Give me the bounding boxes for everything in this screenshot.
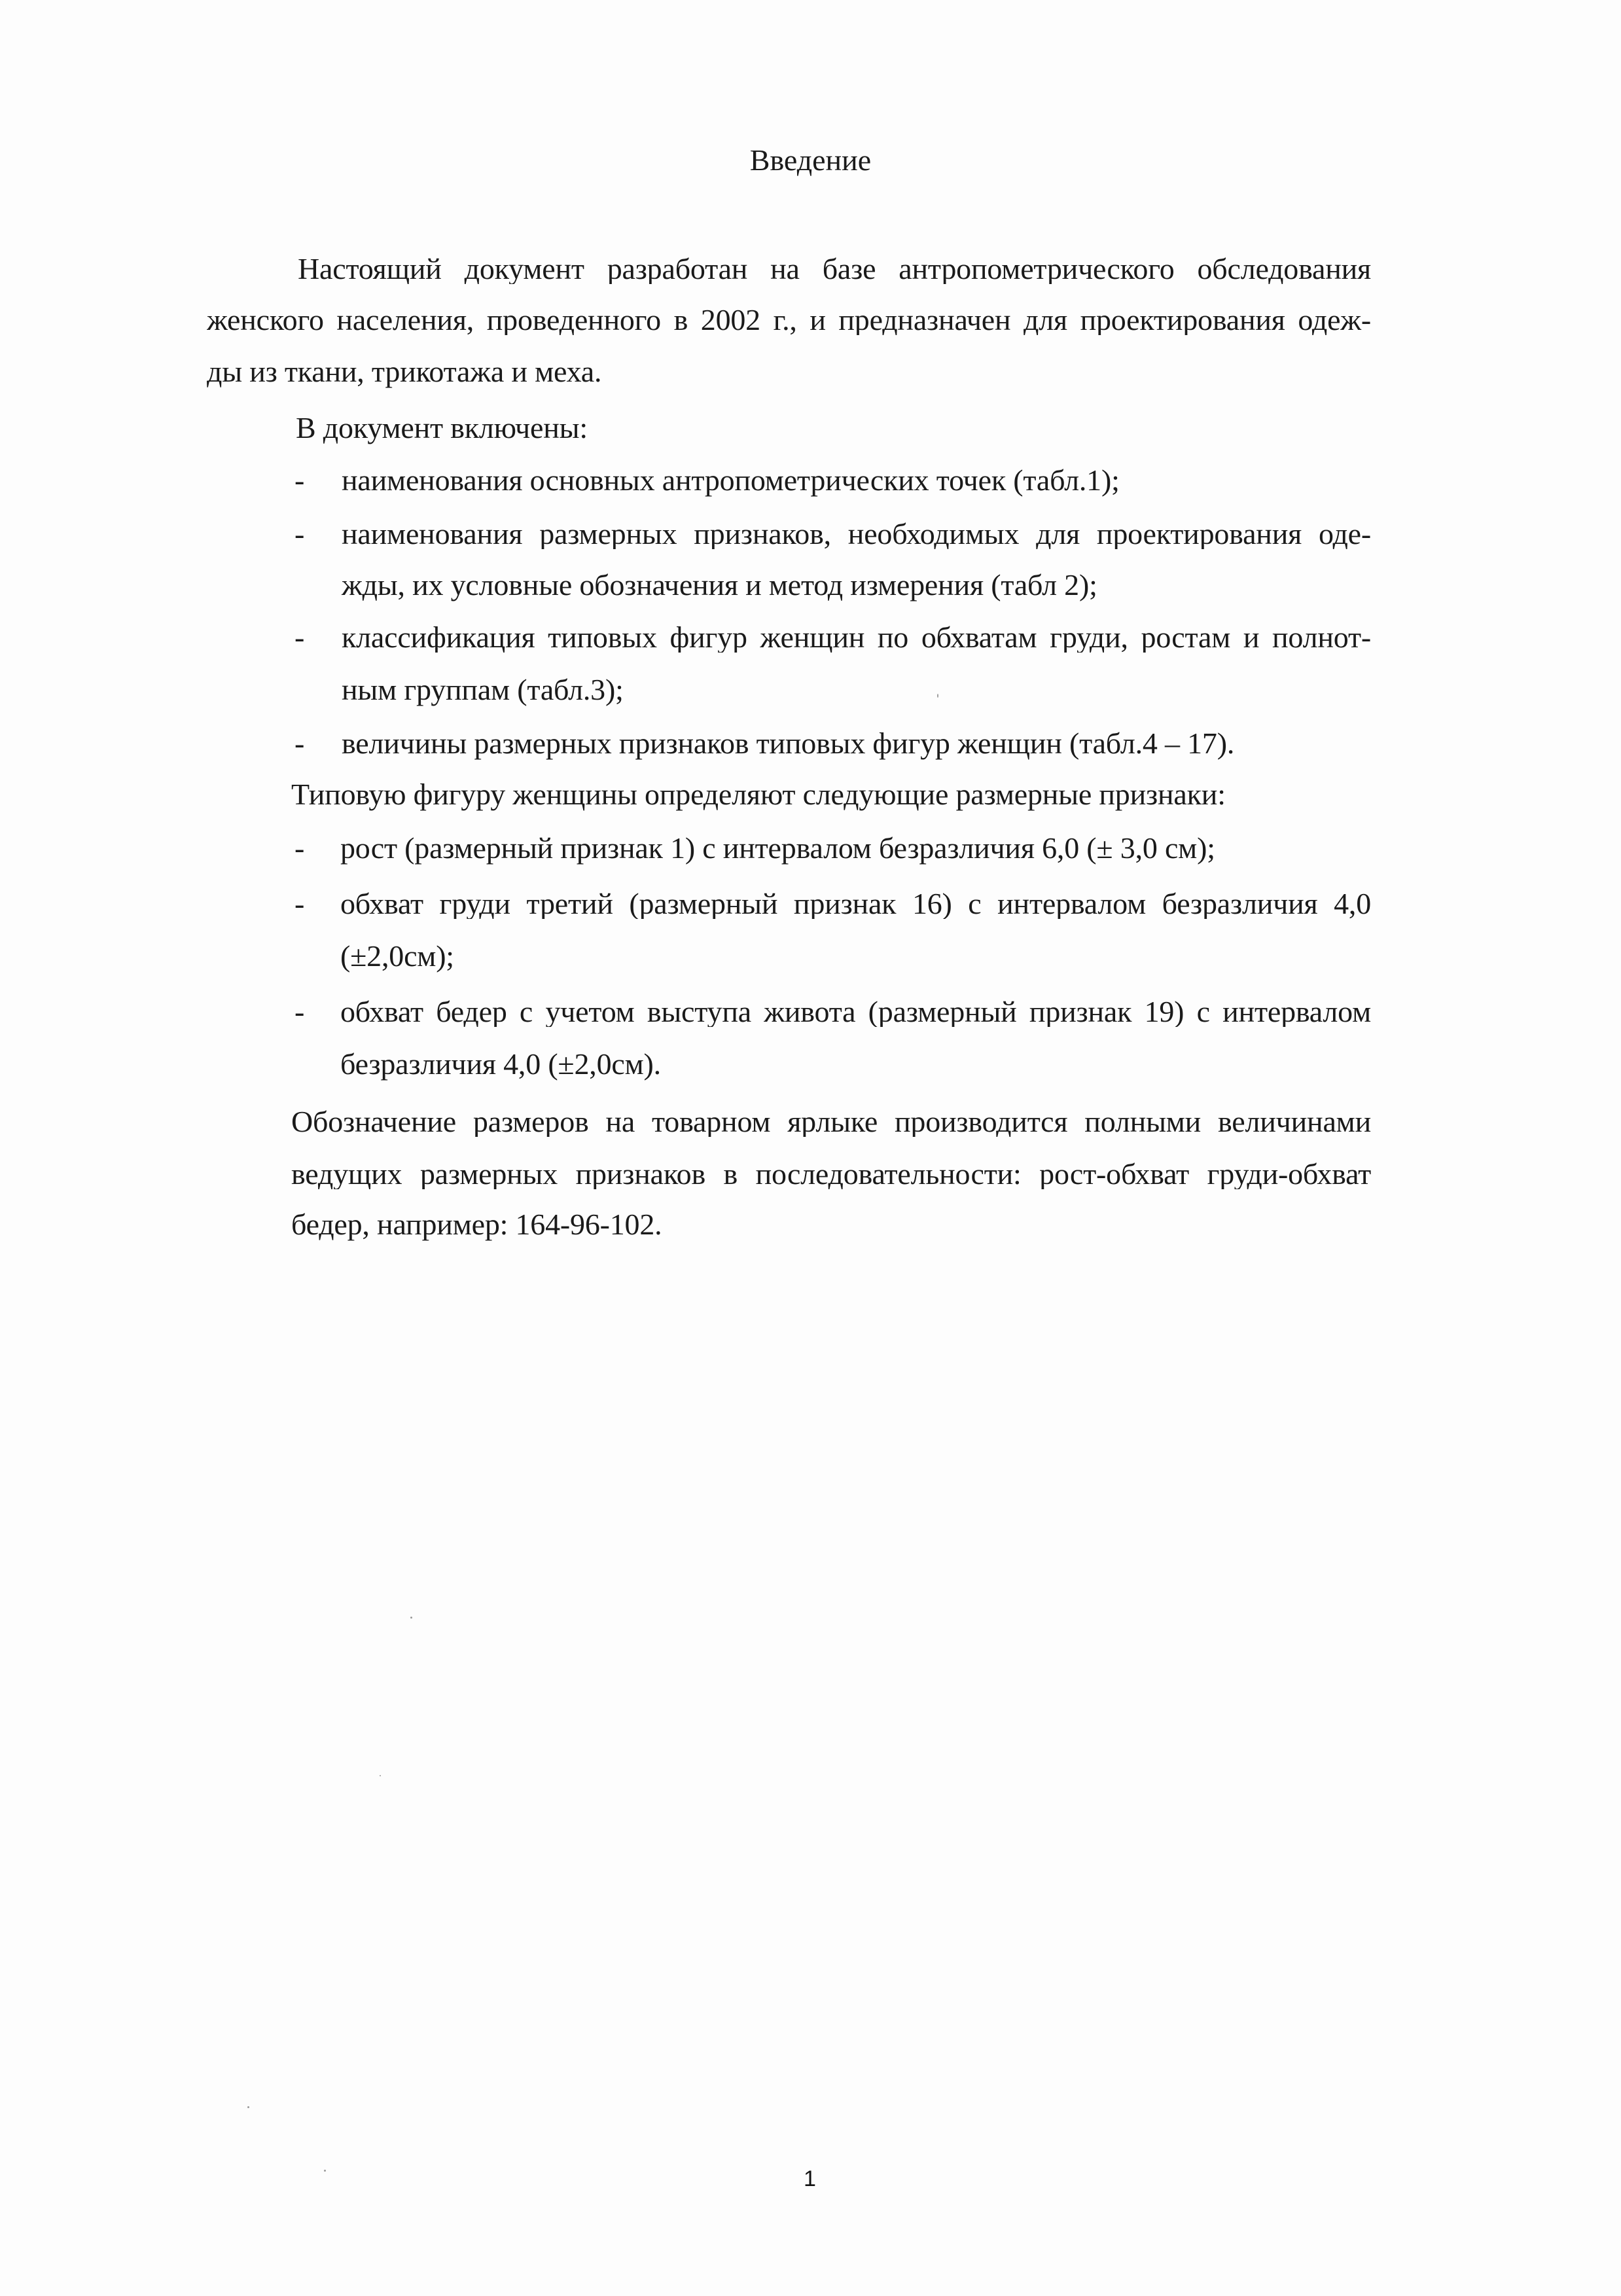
paragraph-line: ды из ткани, трикотажа и меха. xyxy=(207,357,601,387)
list-item-text: классификация типовых фигур женщин по об… xyxy=(342,622,1371,653)
scan-speck xyxy=(247,2106,249,2108)
list-bullet: - xyxy=(294,997,314,1027)
paragraph-line: Обозначение размеров на товарном ярлыке … xyxy=(291,1107,1371,1137)
included-intro: В документ включены: xyxy=(296,413,588,443)
list-item-text: обхват груди третий (размерный признак 1… xyxy=(340,889,1371,919)
list-item-text: ным группам (табл.3); xyxy=(342,675,624,705)
document-page: Введение Настоящий документ разработан н… xyxy=(0,0,1621,2296)
list-bullet: - xyxy=(294,889,314,919)
paragraph-line: Настоящий документ разработан на базе ан… xyxy=(298,254,1371,284)
list-item-text: рост (размерный признак 1) с интервалом … xyxy=(340,833,1215,863)
scan-speck xyxy=(324,2170,326,2172)
scan-speck xyxy=(410,1617,412,1619)
list-item-text: наименования основных антропометрических… xyxy=(342,465,1120,495)
list-bullet: - xyxy=(294,622,314,653)
list-item-text: величины размерных признаков типовых фиг… xyxy=(342,728,1234,759)
list-bullet: - xyxy=(294,465,314,495)
paragraph-line: бедер, например: 164-96-102. xyxy=(291,1210,662,1240)
list-item-text: (±2,0см); xyxy=(340,941,454,971)
list-bullet: - xyxy=(294,728,314,759)
list-bullet: - xyxy=(294,833,314,863)
figure-intro: Типовую фигуру женщины определяют следую… xyxy=(291,780,1226,810)
page-title: Введение xyxy=(0,145,1621,175)
list-item-text: жды, их условные обозначения и метод изм… xyxy=(342,570,1097,600)
list-item-text: наименования размерных признаков, необхо… xyxy=(342,519,1371,549)
list-bullet: - xyxy=(294,519,314,549)
paragraph-line: ведущих размерных признаков в последоват… xyxy=(291,1159,1371,1189)
list-item-text: безразличия 4,0 (±2,0см). xyxy=(340,1049,661,1079)
paragraph-line: женского населения, проведенного в 2002 … xyxy=(207,305,1371,335)
page-number: 1 xyxy=(804,2168,816,2190)
scan-speck xyxy=(937,694,938,698)
list-item-text: обхват бедер с учетом выступа живота (ра… xyxy=(340,997,1371,1027)
scan-speck xyxy=(380,1775,381,1776)
